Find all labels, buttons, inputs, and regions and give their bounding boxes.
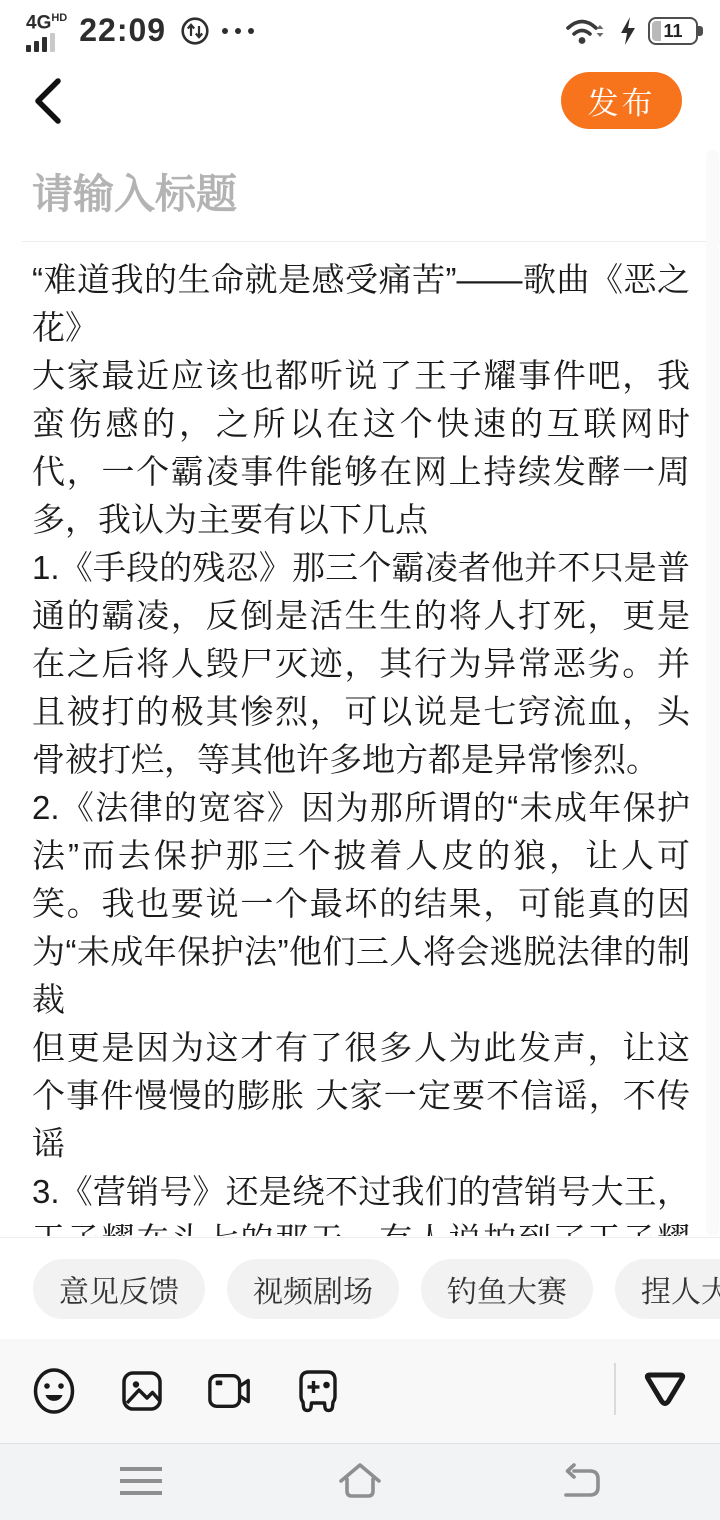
title-input[interactable] bbox=[32, 168, 652, 220]
hd-badge: HD bbox=[51, 12, 67, 24]
toolbar-divider bbox=[614, 1363, 616, 1415]
network-type-label: 4G bbox=[26, 12, 51, 33]
more-status-icon bbox=[222, 28, 254, 34]
status-left-cluster: 4GHD 22:09 bbox=[26, 10, 254, 52]
attachment-toolbar bbox=[0, 1339, 720, 1443]
post-body-editor[interactable]: “难道我的生命就是感受痛苦”——歌曲《恶之花》 大家最近应该也都听说了王子耀事件… bbox=[32, 256, 690, 1236]
status-bar: 4GHD 22:09 bbox=[0, 0, 720, 56]
status-right-cluster: 11 bbox=[553, 16, 698, 46]
emoji-icon[interactable] bbox=[31, 1367, 77, 1415]
back-button[interactable] bbox=[32, 78, 66, 124]
recents-icon[interactable] bbox=[118, 1460, 164, 1502]
body-paragraph: 2.《法律的宽容》因为那所谓的“未成年保护法”而去保护那三个披着人皮的狼，让人可… bbox=[32, 784, 690, 1024]
back-nav-icon[interactable] bbox=[557, 1460, 603, 1502]
chip-video-theater[interactable]: 视频剧场 bbox=[227, 1259, 399, 1319]
signal-strength-icon: 4GHD bbox=[26, 10, 67, 52]
topic-chips-row: 意见反馈 视频剧场 钓鱼大赛 捏人大赛 bbox=[0, 1237, 720, 1339]
clock-label: 22:09 bbox=[79, 12, 166, 49]
body-paragraph: 3.《营销号》还是绕不过我们的营销号大王，王子耀在头七的那天，有人说拍到了王子耀… bbox=[32, 1168, 690, 1236]
body-paragraph: “难道我的生命就是感受痛苦”——歌曲《恶之花》 bbox=[32, 256, 690, 352]
wifi-icon bbox=[564, 16, 608, 46]
composer-header: 发布 bbox=[0, 58, 720, 146]
home-icon[interactable] bbox=[337, 1460, 383, 1502]
publish-button[interactable]: 发布 bbox=[561, 72, 682, 129]
system-nav-bar bbox=[0, 1443, 720, 1520]
chip-character-contest[interactable]: 捏人大赛 bbox=[615, 1259, 720, 1319]
body-paragraph: 但更是因为这才有了很多人为此发声，让这个事件慢慢的膨胀 大家一定要不信谣，不传谣 bbox=[32, 1024, 690, 1168]
scrollbar[interactable] bbox=[706, 150, 719, 1236]
charging-bolt-icon bbox=[619, 16, 637, 46]
body-paragraph: 大家最近应该也都听说了王子耀事件吧，我蛮伤感的，之所以在这个快速的互联网时代，一… bbox=[32, 352, 690, 544]
battery-icon: 11 bbox=[648, 17, 698, 45]
game-icon[interactable] bbox=[295, 1367, 341, 1415]
title-divider bbox=[22, 241, 720, 242]
chip-fishing-contest[interactable]: 钓鱼大赛 bbox=[421, 1259, 593, 1319]
collapse-keyboard-icon[interactable] bbox=[641, 1365, 689, 1413]
app-screen: 4GHD 22:09 bbox=[0, 0, 720, 1520]
image-icon[interactable] bbox=[119, 1367, 165, 1415]
body-paragraph: 1.《手段的残忍》那三个霸凌者他并不只是普通的霸凌，反倒是活生生的将人打死，更是… bbox=[32, 544, 690, 784]
chip-feedback[interactable]: 意见反馈 bbox=[33, 1259, 205, 1319]
data-transfer-icon bbox=[180, 16, 210, 46]
battery-percent-label: 11 bbox=[663, 21, 682, 42]
video-icon[interactable] bbox=[207, 1367, 253, 1415]
